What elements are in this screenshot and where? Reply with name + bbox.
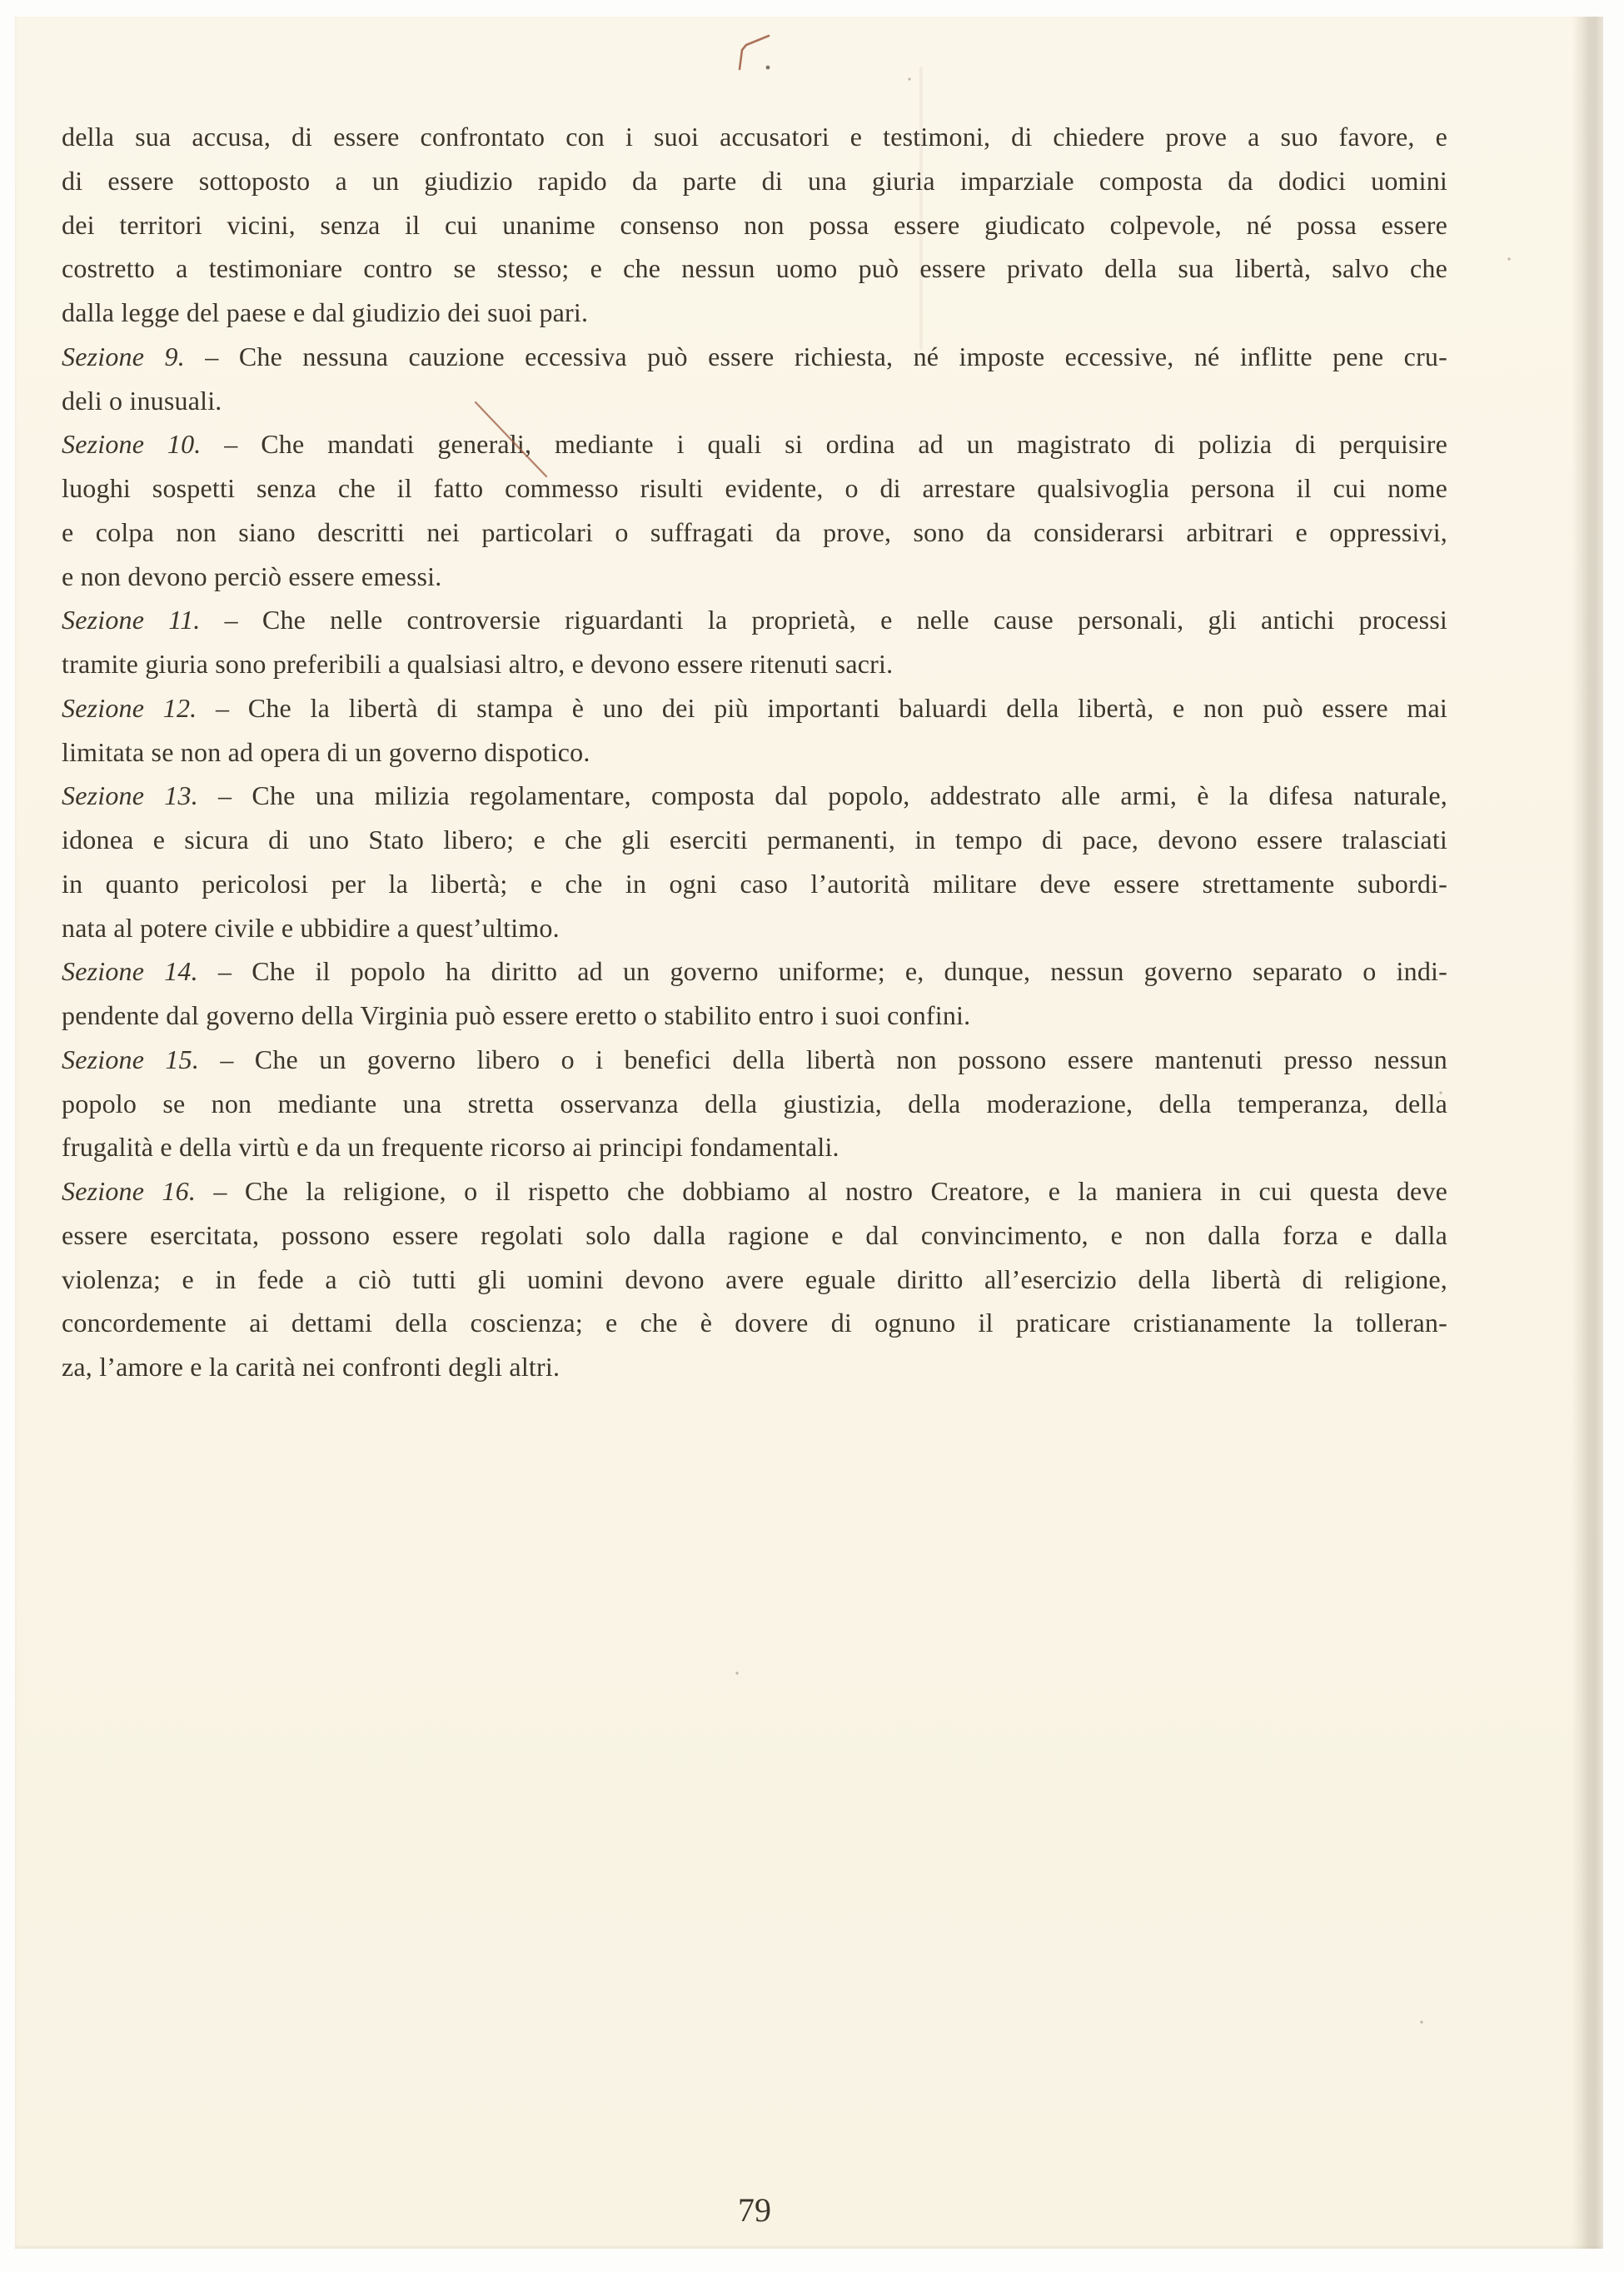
scan-background: della sua accusa, di essere confrontato … <box>0 0 1624 2272</box>
text-line: nata al potere civile e ubbidire a quest… <box>62 906 1447 950</box>
scanned-page: della sua accusa, di essere confrontato … <box>15 17 1603 2249</box>
text-line: e colpa non siano descritti nei particol… <box>62 511 1447 555</box>
text-line: luoghi sospetti senza che il fatto comme… <box>62 466 1447 511</box>
text-line: popolo se non mediante una stretta osser… <box>62 1082 1447 1126</box>
text-line: Sezione 14. – Che il popolo ha diritto a… <box>62 949 1447 994</box>
text-line: limitata se non ad opera di un governo d… <box>62 730 1447 775</box>
text-line: in quanto pericolosi per la libertà; e c… <box>62 862 1447 906</box>
page-edge-shadow <box>1572 17 1603 2249</box>
text-line: essere esercitata, possono essere regola… <box>62 1213 1447 1258</box>
text-line: di essere sottoposto a un giudizio rapid… <box>62 159 1447 203</box>
text-line: Sezione 15. – Che un governo libero o i … <box>62 1038 1447 1082</box>
text-line: dei territori vicini, senza il cui unani… <box>62 203 1447 247</box>
text-line: idonea e sicura di uno Stato libero; e c… <box>62 818 1447 862</box>
section-label: Sezione 14. <box>62 956 198 986</box>
text-line: pendente dal governo della Virginia può … <box>62 994 1447 1038</box>
text-block: della sua accusa, di essere confrontato … <box>62 115 1447 1389</box>
text-line: concordemente ai dettami della coscienza… <box>62 1301 1447 1345</box>
section-label: Sezione 16. <box>62 1176 196 1206</box>
text-line: Sezione 13. – Che una milizia regolament… <box>62 774 1447 818</box>
text-line: costretto a testimoniare contro se stess… <box>62 247 1447 291</box>
text-line: Sezione 9. – Che nessuna cauzione eccess… <box>62 335 1447 379</box>
text-line: frugalità e della virtù e da un frequent… <box>62 1125 1447 1169</box>
text-line: della sua accusa, di essere confrontato … <box>62 115 1447 159</box>
section-label: Sezione 9. <box>62 341 185 371</box>
section-label: Sezione 13. <box>62 780 198 810</box>
text-line: Sezione 11. – Che nelle controversie rig… <box>62 598 1447 642</box>
text-line: violenza; e in fede a ciò tutti gli uomi… <box>62 1258 1447 1302</box>
text-line: Sezione 16. – Che la religione, o il ris… <box>62 1169 1447 1213</box>
section-label: Sezione 10. <box>62 429 202 459</box>
section-label: Sezione 11. <box>62 605 201 635</box>
text-line: dalla legge del paese e dal giudizio dei… <box>62 291 1447 335</box>
text-line: e non devono perciò essere emessi. <box>62 555 1447 599</box>
section-label: Sezione 12. <box>62 693 197 723</box>
text-line: Sezione 12. – Che la libertà di stampa è… <box>62 686 1447 730</box>
text-line: deli o inusuali. <box>62 379 1447 423</box>
text-line: tramite giuria sono preferibili a qualsi… <box>62 642 1447 686</box>
page-number: 79 <box>62 2190 1447 2230</box>
text-line: Sezione 10. – Che mandati generali, medi… <box>62 422 1447 466</box>
text-line: za, l’amore e la carità nei confronti de… <box>62 1345 1447 1389</box>
section-label: Sezione 15. <box>62 1044 199 1074</box>
